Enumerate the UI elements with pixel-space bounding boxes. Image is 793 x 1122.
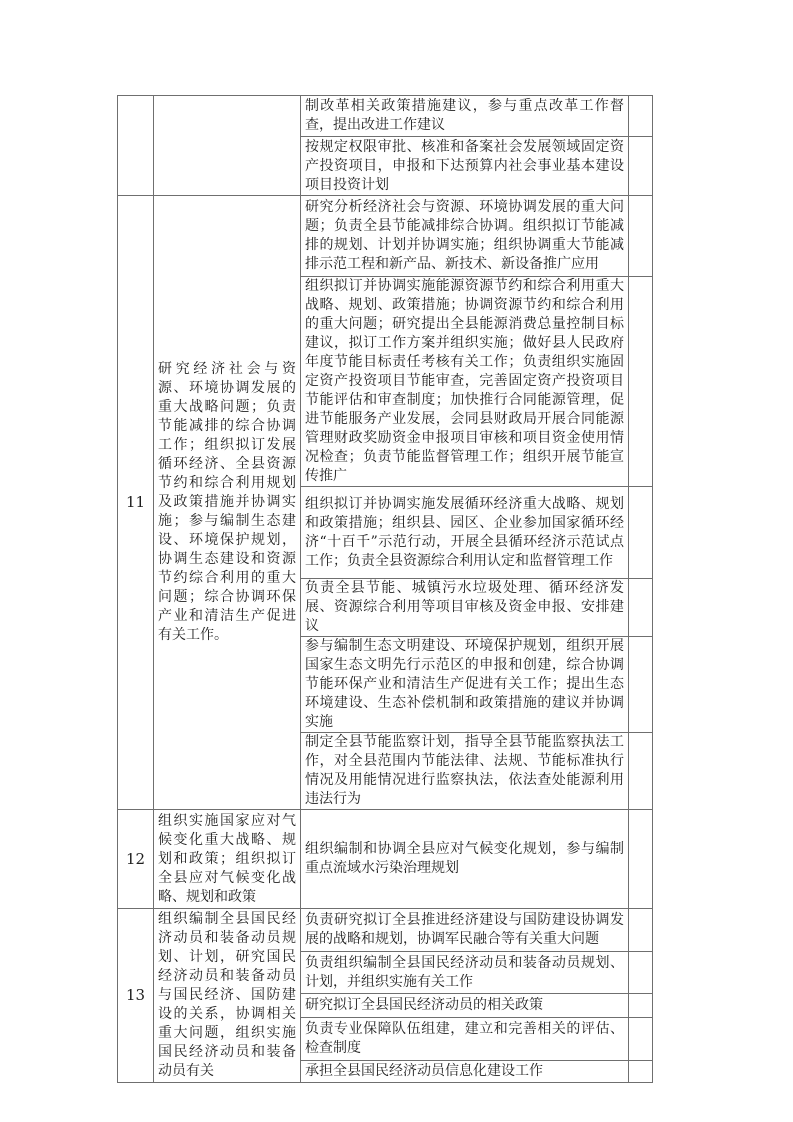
sub-duty-cell: 制改革相关政策措施建议，参与重点改革工作督查，提出改进工作建议 bbox=[301, 96, 629, 137]
sub-duty-cell: 组织拟订并协调实施能源资源节约和综合利用重大战略、规划、政策措施；协调资源节约和… bbox=[301, 277, 629, 487]
blank-cell bbox=[629, 994, 653, 1018]
main-duty-cell: 研究经济社会与资源、环境协调发展的重大战略问题；负责节能减排的综合协调工作；组织… bbox=[154, 196, 301, 810]
blank-cell bbox=[629, 487, 653, 579]
row-number-cell: 12 bbox=[118, 810, 154, 909]
sub-duty-cell: 按规定权限审批、核准和备案社会发展领域固定资产投资项目，申报和下达预算内社会事业… bbox=[301, 137, 629, 196]
sub-duty-cell: 负责专业保障队伍组建，建立和完善相关的评估、检查制度 bbox=[301, 1018, 629, 1061]
sub-duty-cell: 负责全县节能、城镇污水垃圾处理、循环经济发展、资源综合利用等项目审核及资金申报、… bbox=[301, 579, 629, 637]
table-row: 12 组织实施国家应对气候变化重大战略、规划和政策；组织拟订全县应对气候变化战略… bbox=[118, 810, 653, 909]
table-row: 制改革相关政策措施建议，参与重点改革工作督查，提出改进工作建议 bbox=[118, 96, 653, 137]
row-number-cell: 13 bbox=[118, 909, 154, 1083]
main-duty-cell bbox=[154, 96, 301, 196]
sub-duty-cell: 负责组织编制全县国民经济动员和装备动员规划、计划，并组织实施有关工作 bbox=[301, 951, 629, 994]
document-page: 制改革相关政策措施建议，参与重点改革工作督查，提出改进工作建议 按规定权限审批、… bbox=[0, 0, 793, 1122]
blank-cell bbox=[629, 909, 653, 952]
sub-duty-cell: 研究分析经济社会与资源、环境协调发展的重大问题；负责全县节能减排综合协调。组织拟… bbox=[301, 196, 629, 277]
sub-duty-cell: 制定全县节能监察计划，指导全县节能监察执法工作，对全县范围内节能法律、法规、节能… bbox=[301, 733, 629, 810]
blank-cell bbox=[629, 1061, 653, 1083]
sub-duty-cell: 研究拟订全县国民经济动员的相关政策 bbox=[301, 994, 629, 1018]
blank-cell bbox=[629, 137, 653, 196]
blank-cell bbox=[629, 637, 653, 733]
duty-table: 制改革相关政策措施建议，参与重点改革工作督查，提出改进工作建议 按规定权限审批、… bbox=[117, 95, 653, 1083]
table-row: 11 研究经济社会与资源、环境协调发展的重大战略问题；负责节能减排的综合协调工作… bbox=[118, 196, 653, 277]
row-number-cell: 11 bbox=[118, 196, 154, 810]
blank-cell bbox=[629, 277, 653, 487]
sub-duty-cell: 组织拟订并协调实施发展循环经济重大战略、规划和政策措施；组织县、园区、企业参加国… bbox=[301, 487, 629, 579]
sub-duty-cell: 参与编制生态文明建设、环境保护规划，组织开展国家生态文明先行示范区的申报和创建，… bbox=[301, 637, 629, 733]
blank-cell bbox=[629, 733, 653, 810]
blank-cell bbox=[629, 196, 653, 277]
main-duty-cell: 组织编制全县国民经济动员和装备动员规划、计划，研究国民经济动员和装备动员与国民经… bbox=[154, 909, 301, 1083]
sub-duty-cell: 承担全县国民经济动员信息化建设工作 bbox=[301, 1061, 629, 1083]
blank-cell bbox=[629, 579, 653, 637]
blank-cell bbox=[629, 1018, 653, 1061]
blank-cell bbox=[629, 96, 653, 137]
table-row: 13 组织编制全县国民经济动员和装备动员规划、计划，研究国民经济动员和装备动员与… bbox=[118, 909, 653, 952]
blank-cell bbox=[629, 951, 653, 994]
row-number-cell bbox=[118, 96, 154, 196]
blank-cell bbox=[629, 810, 653, 909]
sub-duty-cell: 组织编制和协调全县应对气候变化规划，参与编制重点流域水污染治理规划 bbox=[301, 810, 629, 909]
sub-duty-cell: 负责研究拟订全县推进经济建设与国防建设协调发展的战略和规划，协调军民融合等有关重… bbox=[301, 909, 629, 952]
main-duty-cell: 组织实施国家应对气候变化重大战略、规划和政策；组织拟订全县应对气候变化战略、规划… bbox=[154, 810, 301, 909]
